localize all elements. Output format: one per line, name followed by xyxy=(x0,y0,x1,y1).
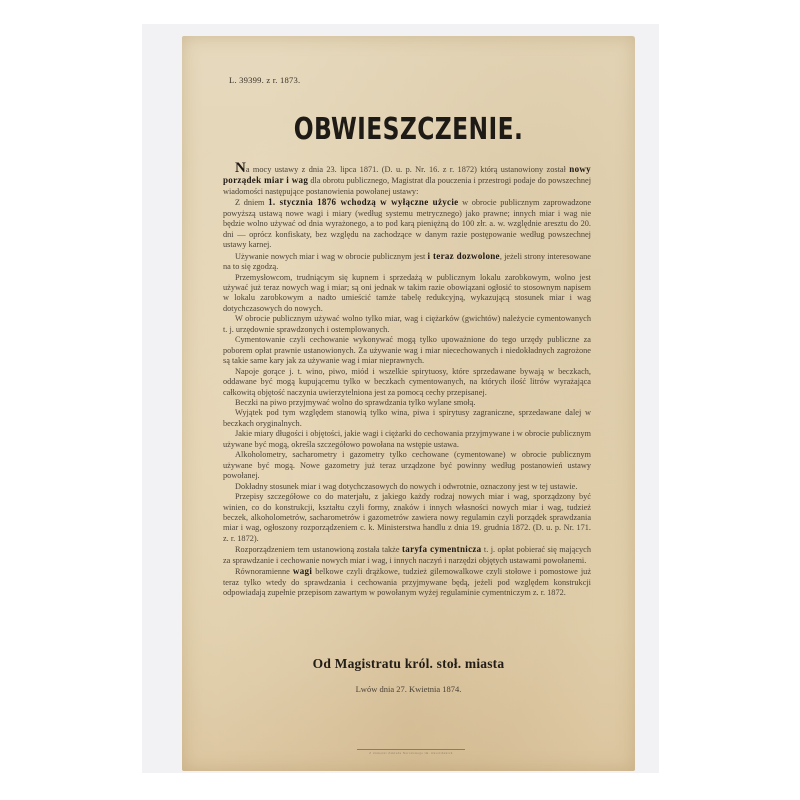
reference-number: L. 39399. z r. 1873. xyxy=(229,75,300,85)
paragraph-text: Dokładny stosunek miar i wag dotychczaso… xyxy=(235,482,577,491)
paragraph-text: W obrocie publicznym używać wolno tylko … xyxy=(223,314,591,333)
notice-paragraph: Używanie nowych miar i wag w obrocie pub… xyxy=(223,251,591,273)
paragraph-text: Używanie nowych miar i wag w obrocie pub… xyxy=(235,252,428,261)
notice-paragraph: Alkoholometry, sacharometry i gazometry … xyxy=(223,450,591,481)
paragraph-text: Beczki na piwo przyjmywać wolno do spraw… xyxy=(235,398,476,407)
poster-sheet: L. 39399. z r. 1873. OBWIESZCZENIE. Na m… xyxy=(182,36,635,771)
notice-body: Na mocy ustawy z dnia 23. lipca 1871. (D… xyxy=(223,163,591,599)
emphasis-text: i teraz dozwolone xyxy=(428,251,500,261)
date-line: Lwów dnia 27. Kwietnia 1874. xyxy=(182,684,635,694)
paragraph-text: Napoje gorące j. t. wino, piwo, miód i w… xyxy=(223,367,591,397)
emphasis-text: 1. stycznia 1876 wchodzą w wyłączne użyc… xyxy=(268,197,458,207)
notice-paragraph: Dokładny stosunek miar i wag dotychczaso… xyxy=(223,482,591,492)
paragraph-text: Rozporządzeniem tem ustanowioną została … xyxy=(235,545,402,554)
notice-paragraph: Przemysłowcom, trudniącym się kupnem i s… xyxy=(223,273,591,315)
paragraph-text: a mocy ustawy z dnia 23. lipca 1871. (D.… xyxy=(246,165,569,174)
notice-paragraph: Cymentowanie czyli cechowanie wykonywać … xyxy=(223,335,591,366)
paragraph-text: Z dniem xyxy=(235,198,268,207)
drop-cap: N xyxy=(235,160,246,176)
notice-paragraph: Na mocy ustawy z dnia 23. lipca 1871. (D… xyxy=(223,163,591,197)
paragraph-text: Cymentowanie czyli cechowanie wykonywać … xyxy=(223,335,591,365)
paragraph-text: Alkoholometry, sacharometry i gazometry … xyxy=(223,450,591,480)
paragraph-text: Przepisy szczegółowe co do materjału, z … xyxy=(223,492,591,543)
paragraph-text: Wyjątek pod tym względem stanowią tylko … xyxy=(223,408,591,427)
paragraph-text: Jakie miary długości i objętości, jakie … xyxy=(223,429,591,448)
printer-imprint: Z drukarni Zakładu Narodowego im. Ossoli… xyxy=(357,749,465,755)
notice-paragraph: Przepisy szczegółowe co do materjału, z … xyxy=(223,492,591,544)
notice-paragraph: Jakie miary długości i objętości, jakie … xyxy=(223,429,591,450)
notice-paragraph: Wyjątek pod tym względem stanowią tylko … xyxy=(223,408,591,429)
notice-paragraph: Beczki na piwo przyjmywać wolno do spraw… xyxy=(223,398,591,408)
poster-title: OBWIESZCZENIE. xyxy=(232,112,585,147)
notice-paragraph: W obrocie publicznym używać wolno tylko … xyxy=(223,314,591,335)
paragraph-text: Przemysłowcom, trudniącym się kupnem i s… xyxy=(223,273,591,313)
emphasis-text: wagi xyxy=(293,566,312,576)
notice-paragraph: Napoje gorące j. t. wino, piwo, miód i w… xyxy=(223,367,591,398)
notice-paragraph: Równoramienne wagi belkowe czyli drążkow… xyxy=(223,566,591,598)
signature-line: Od Magistratu król. stoł. miasta xyxy=(182,656,635,672)
emphasis-text: taryfa cymentnicza xyxy=(402,544,481,554)
notice-paragraph: Rozporządzeniem tem ustanowioną została … xyxy=(223,544,591,566)
notice-paragraph: Z dniem 1. stycznia 1876 wchodzą w wyłąc… xyxy=(223,197,591,250)
paragraph-text: Równoramienne xyxy=(235,567,293,576)
